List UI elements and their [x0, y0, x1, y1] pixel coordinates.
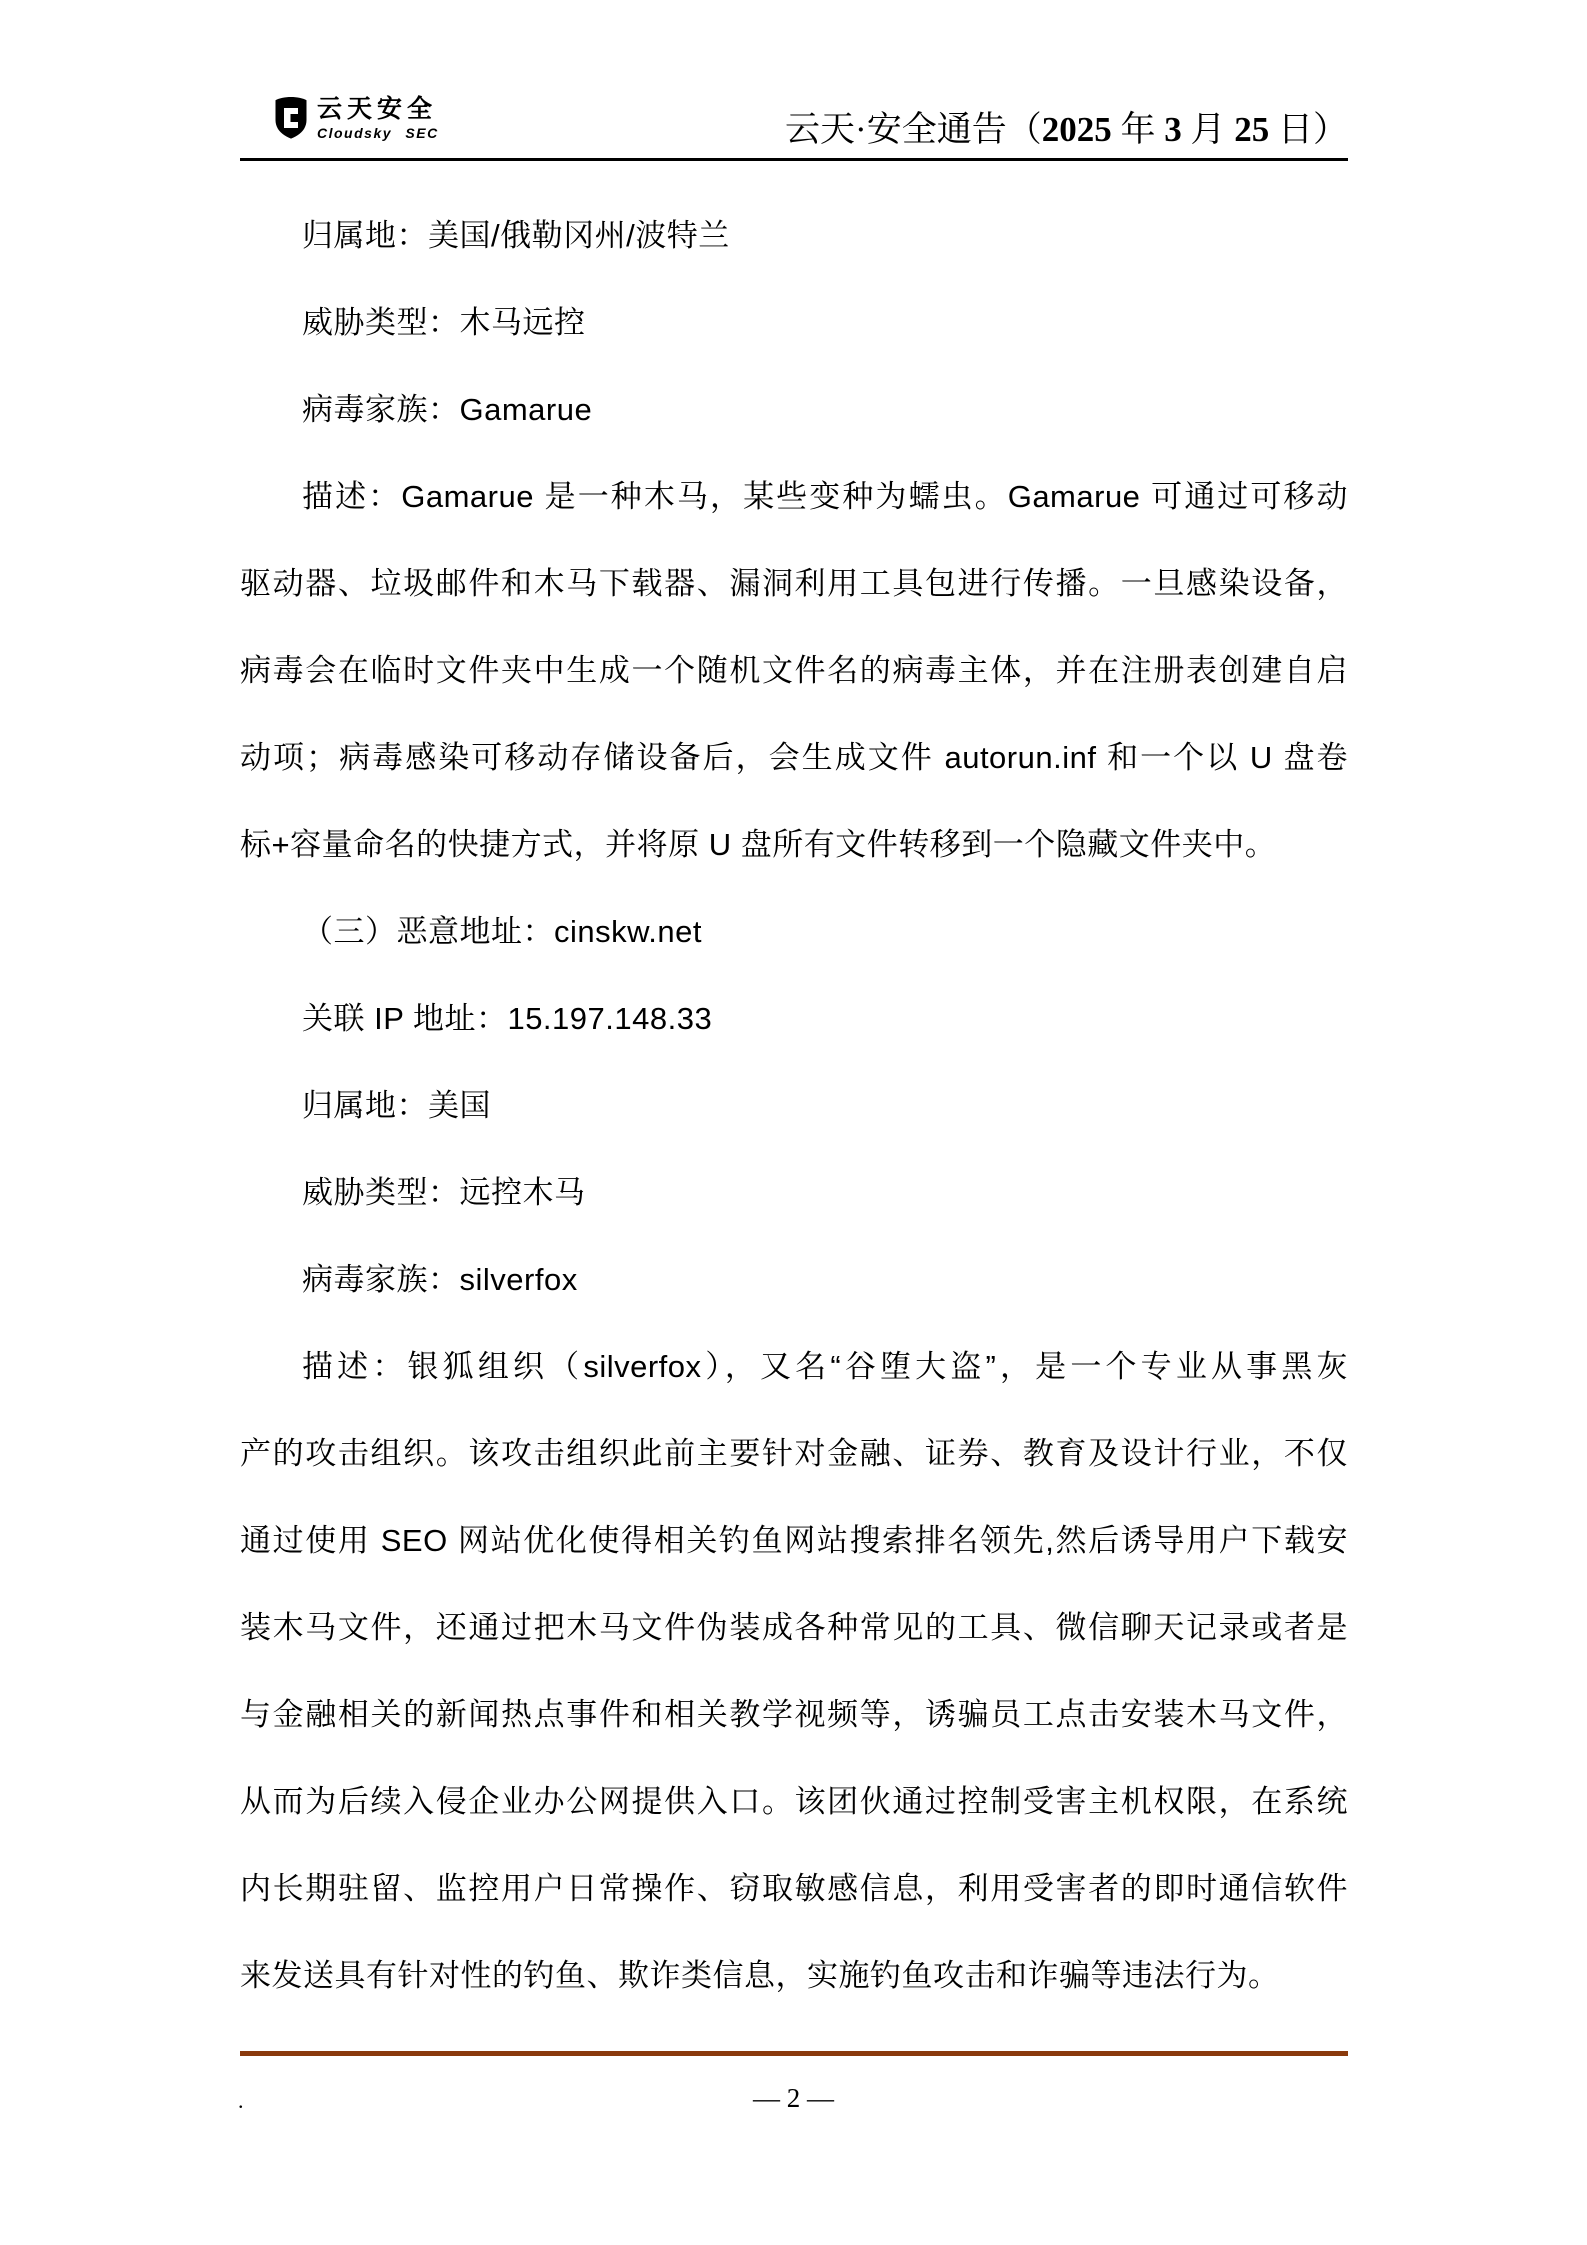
logo-cn-text: 云天安全	[317, 96, 439, 122]
page-number: — 2 —	[0, 2083, 1587, 2114]
body-line: 关联 IP 地址：15.197.148.33	[240, 975, 1348, 1062]
header-divider	[240, 158, 1348, 161]
body-line: （三）恶意地址：cinskw.net	[240, 888, 1348, 975]
body-line: 与金融相关的新闻热点事件和相关教学视频等，诱骗员工点击安装木马文件，	[240, 1671, 1348, 1758]
body-lines: 归属地：美国/俄勒冈州/波特兰威胁类型：木马远控病毒家族：Gamarue描述：G…	[240, 192, 1348, 2019]
header-title-segment: 云天·安全通告（	[785, 110, 1042, 149]
body-line: 从而为后续入侵企业办公网提供入口。该团伙通过控制受害主机权限，在系统	[240, 1758, 1348, 1845]
footer-divider	[240, 2051, 1348, 2056]
body-line: 威胁类型：木马远控	[240, 279, 1348, 366]
body-line: 驱动器、垃圾邮件和木马下载器、漏洞利用工具包进行传播。一旦感染设备，	[240, 540, 1348, 627]
body-line: 来发送具有针对性的钓鱼、欺诈类信息，实施钓鱼攻击和诈骗等违法行为。	[240, 1932, 1348, 2019]
body-line: 病毒家族：Gamarue	[240, 366, 1348, 453]
header-title-segment: 日）	[1269, 110, 1348, 149]
body-line: 内长期驻留、监控用户日常操作、窃取敏感信息，利用受害者的即时通信软件	[240, 1845, 1348, 1932]
body-line: 标+容量命名的快捷方式，并将原 U 盘所有文件转移到一个隐藏文件夹中。	[240, 801, 1348, 888]
document-page: 云天安全 Cloudsky SEC 云天·安全通告（2025 年 3 月 25 …	[0, 0, 1587, 2245]
body-line: 病毒家族：silverfox	[240, 1236, 1348, 1323]
body-line: 归属地：美国	[240, 1062, 1348, 1149]
shield-c-icon	[274, 96, 308, 140]
body-line: 归属地：美国/俄勒冈州/波特兰	[240, 192, 1348, 279]
body-line: 动项；病毒感染可移动存储设备后，会生成文件 autorun.inf 和一个以 U…	[240, 714, 1348, 801]
header-title: 云天·安全通告（2025 年 3 月 25 日）	[785, 111, 1348, 150]
header-title-segment: 年	[1112, 110, 1165, 149]
body-line: 描述：Gamarue 是一种木马，某些变种为蠕虫。Gamarue 可通过可移动	[240, 453, 1348, 540]
logo-en-text: Cloudsky SEC	[317, 125, 439, 141]
body-line: 描述：银狐组织（silverfox），又名“谷堕大盗”，是一个专业从事黑灰	[240, 1323, 1348, 1410]
header-title-segment: 月	[1182, 110, 1235, 149]
body-line: 病毒会在临时文件夹中生成一个随机文件名的病毒主体，并在注册表创建自启	[240, 627, 1348, 714]
body-line: 装木马文件，还通过把木马文件伪装成各种常见的工具、微信聊天记录或者是	[240, 1584, 1348, 1671]
body-line: 产的攻击组织。该攻击组织此前主要针对金融、证券、教育及设计行业，不仅	[240, 1410, 1348, 1497]
header-title-segment: 25	[1234, 110, 1269, 149]
header-title-segment: 3	[1164, 110, 1182, 149]
body-line: 通过使用 SEO 网站优化使得相关钓鱼网站搜索排名领先,然后诱导用户下载安	[240, 1497, 1348, 1584]
body-line: 威胁类型：远控木马	[240, 1149, 1348, 1236]
company-logo: 云天安全 Cloudsky SEC	[274, 96, 439, 141]
header-title-segment: 2025	[1042, 110, 1112, 149]
